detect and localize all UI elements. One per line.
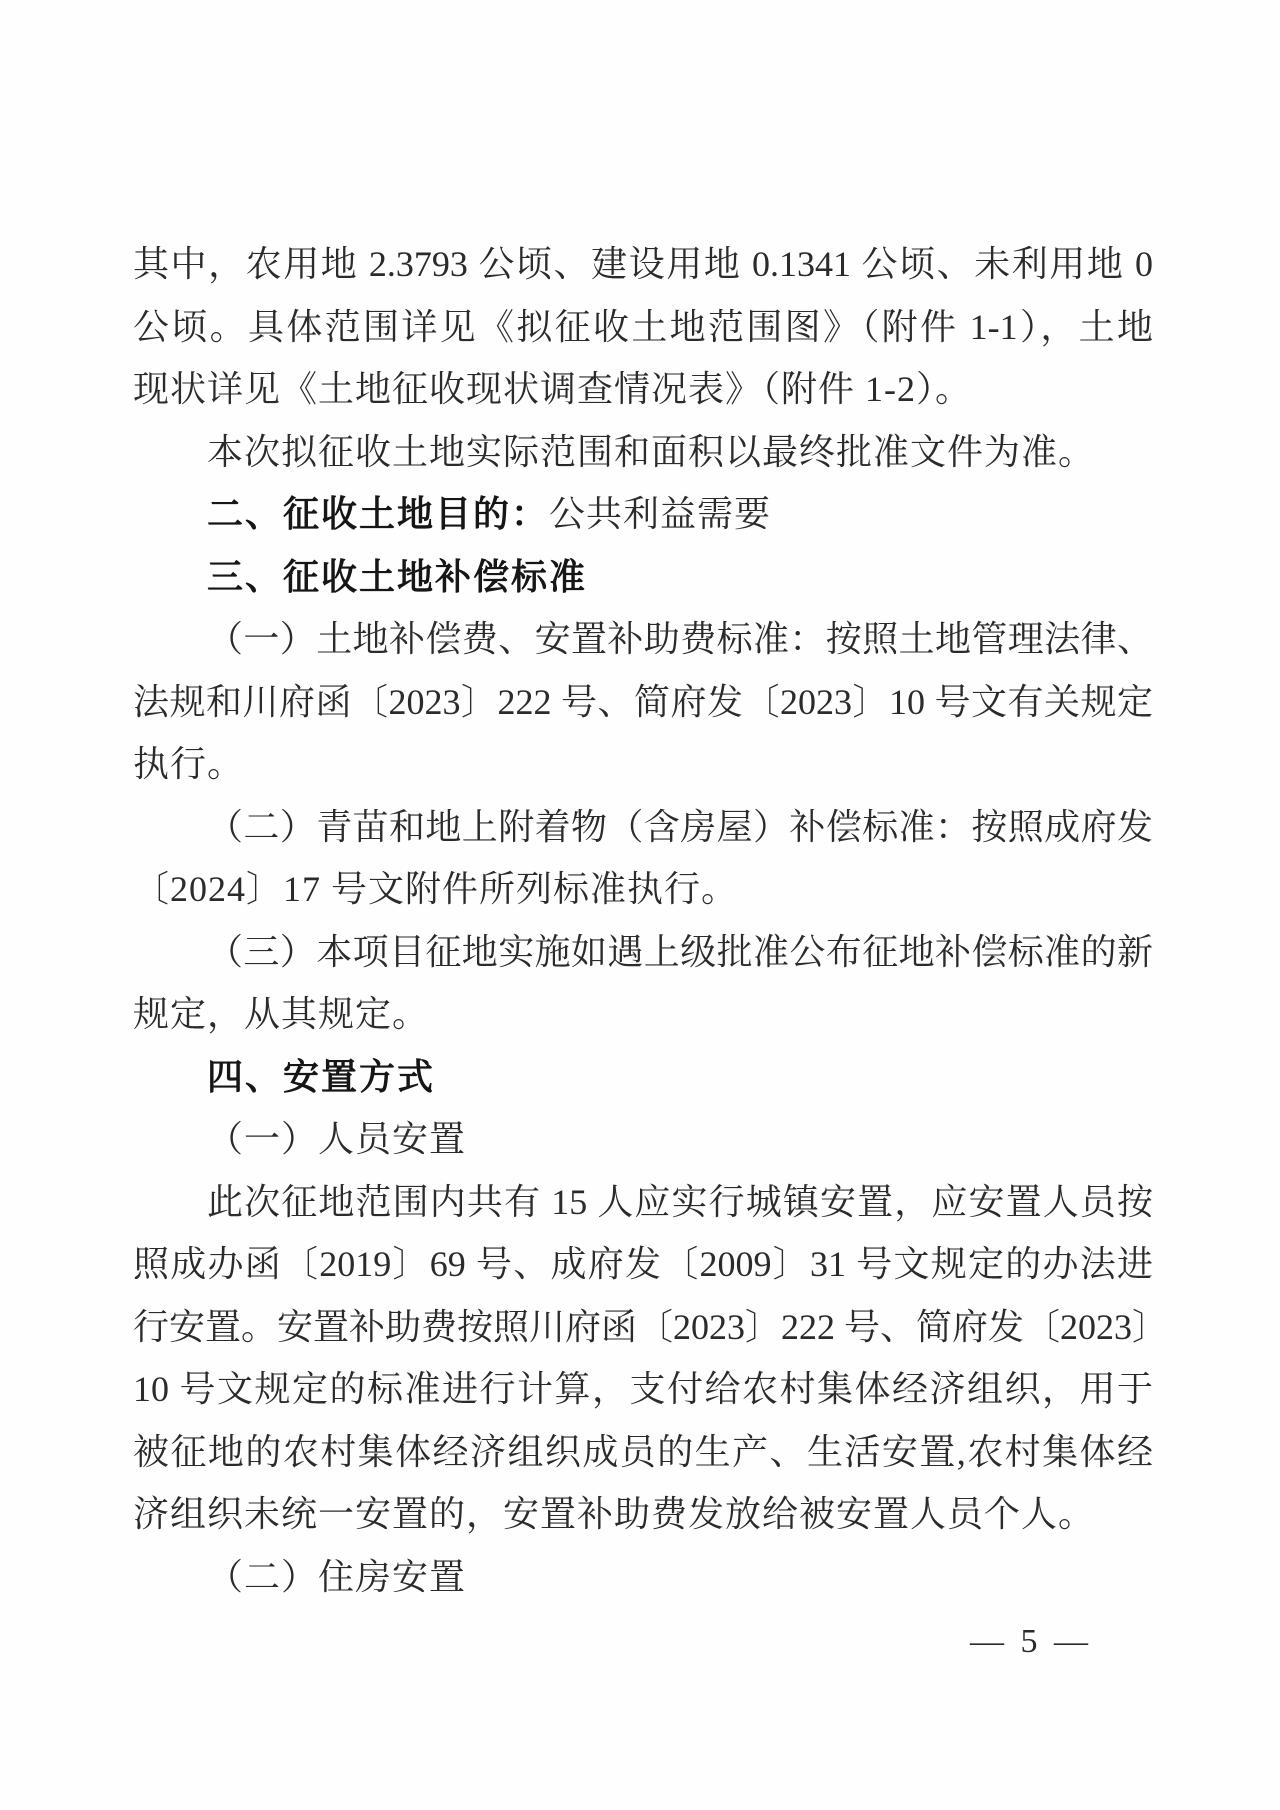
- body-text: （二）住房安置: [207, 1557, 466, 1597]
- body-text: 本次拟征收土地实际范围和面积以最终批准文件为准。: [207, 432, 1095, 472]
- body-text: 公共利益需要: [549, 494, 771, 534]
- body-text: 公顷。具体范围详见《拟征收土地范围图》（附件 1-1），土地: [133, 307, 1153, 347]
- body-text: （三）本项目征地实施如遇上级批准公布征地补偿标准的新: [207, 932, 1153, 972]
- body-text: 此次征地范围内共有 15 人应实行城镇安置，应安置人员按: [207, 1182, 1153, 1222]
- text-line: 四、安置方式: [133, 1046, 1153, 1109]
- body-text: 其中，农用地 2.3793 公顷、建设用地 0.1341 公顷、未利用地 0: [133, 244, 1153, 284]
- text-line: （一）土地补偿费、安置补助费标准：按照土地管理法律、: [133, 608, 1153, 671]
- body-text: 现状详见《土地征收现状调查情况表》（附件 1-2）。: [133, 369, 972, 409]
- body-text: 10 号文规定的标准进行计算，支付给农村集体经济组织，用于: [133, 1369, 1153, 1409]
- body-text: （二）青苗和地上附着物（含房屋）补偿标准：按照成府发: [207, 807, 1153, 847]
- text-line: 行安置。安置补助费按照川府函〔2023〕222 号、简府发〔2023〕: [133, 1296, 1153, 1359]
- text-line: 此次征地范围内共有 15 人应实行城镇安置，应安置人员按: [133, 1171, 1153, 1234]
- body-text: 被征地的农村集体经济组织成员的生产、生活安置,农村集体经: [133, 1432, 1153, 1472]
- body-text: 法规和川府函〔2023〕222 号、简府发〔2023〕10 号文有关规定: [133, 682, 1153, 722]
- heading-text: 二、征收土地目的：: [207, 493, 549, 534]
- body-text: 照成办函〔2019〕69 号、成府发〔2009〕31 号文规定的办法进: [133, 1244, 1153, 1284]
- document-text: 其中，农用地 2.3793 公顷、建设用地 0.1341 公顷、未利用地 0公顷…: [133, 233, 1153, 1608]
- text-line: 公顷。具体范围详见《拟征收土地范围图》（附件 1-1），土地: [133, 296, 1153, 359]
- text-line: 三、征收土地补偿标准: [133, 546, 1153, 609]
- text-line: （二）住房安置: [133, 1546, 1153, 1609]
- text-line: 执行。: [133, 733, 1153, 796]
- text-line: （二）青苗和地上附着物（含房屋）补偿标准：按照成府发: [133, 796, 1153, 859]
- text-line: 规定，从其规定。: [133, 983, 1153, 1046]
- text-line: 二、征收土地目的：公共利益需要: [133, 483, 1153, 546]
- text-line: 10 号文规定的标准进行计算，支付给农村集体经济组织，用于: [133, 1358, 1153, 1421]
- text-line: 本次拟征收土地实际范围和面积以最终批准文件为准。: [133, 421, 1153, 484]
- heading-text: 四、安置方式: [207, 1056, 435, 1097]
- text-line: （一）人员安置: [133, 1108, 1153, 1171]
- body-text: 执行。: [133, 744, 244, 784]
- text-line: 其中，农用地 2.3793 公顷、建设用地 0.1341 公顷、未利用地 0: [133, 233, 1153, 296]
- document-page: 其中，农用地 2.3793 公顷、建设用地 0.1341 公顷、未利用地 0公顷…: [0, 0, 1280, 1810]
- body-text: 〔2024〕17 号文附件所列标准执行。: [133, 869, 738, 909]
- text-line: 济组织未统一安置的，安置补助费发放给被安置人员个人。: [133, 1483, 1153, 1546]
- text-line: （三）本项目征地实施如遇上级批准公布征地补偿标准的新: [133, 921, 1153, 984]
- text-line: 法规和川府函〔2023〕222 号、简府发〔2023〕10 号文有关规定: [133, 671, 1153, 734]
- body-text: 规定，从其规定。: [133, 994, 429, 1034]
- heading-text: 三、征收土地补偿标准: [207, 556, 587, 597]
- body-text: （一）土地补偿费、安置补助费标准：按照土地管理法律、: [207, 619, 1153, 659]
- text-line: 被征地的农村集体经济组织成员的生产、生活安置,农村集体经: [133, 1421, 1153, 1484]
- text-line: 〔2024〕17 号文附件所列标准执行。: [133, 858, 1153, 921]
- body-text: （一）人员安置: [207, 1119, 466, 1159]
- page-number: — 5 —: [970, 1622, 1092, 1662]
- body-text: 济组织未统一安置的，安置补助费发放给被安置人员个人。: [133, 1494, 1095, 1534]
- text-line: 照成办函〔2019〕69 号、成府发〔2009〕31 号文规定的办法进: [133, 1233, 1153, 1296]
- body-text: 行安置。安置补助费按照川府函〔2023〕222 号、简府发〔2023〕: [133, 1307, 1168, 1347]
- text-line: 现状详见《土地征收现状调查情况表》（附件 1-2）。: [133, 358, 1153, 421]
